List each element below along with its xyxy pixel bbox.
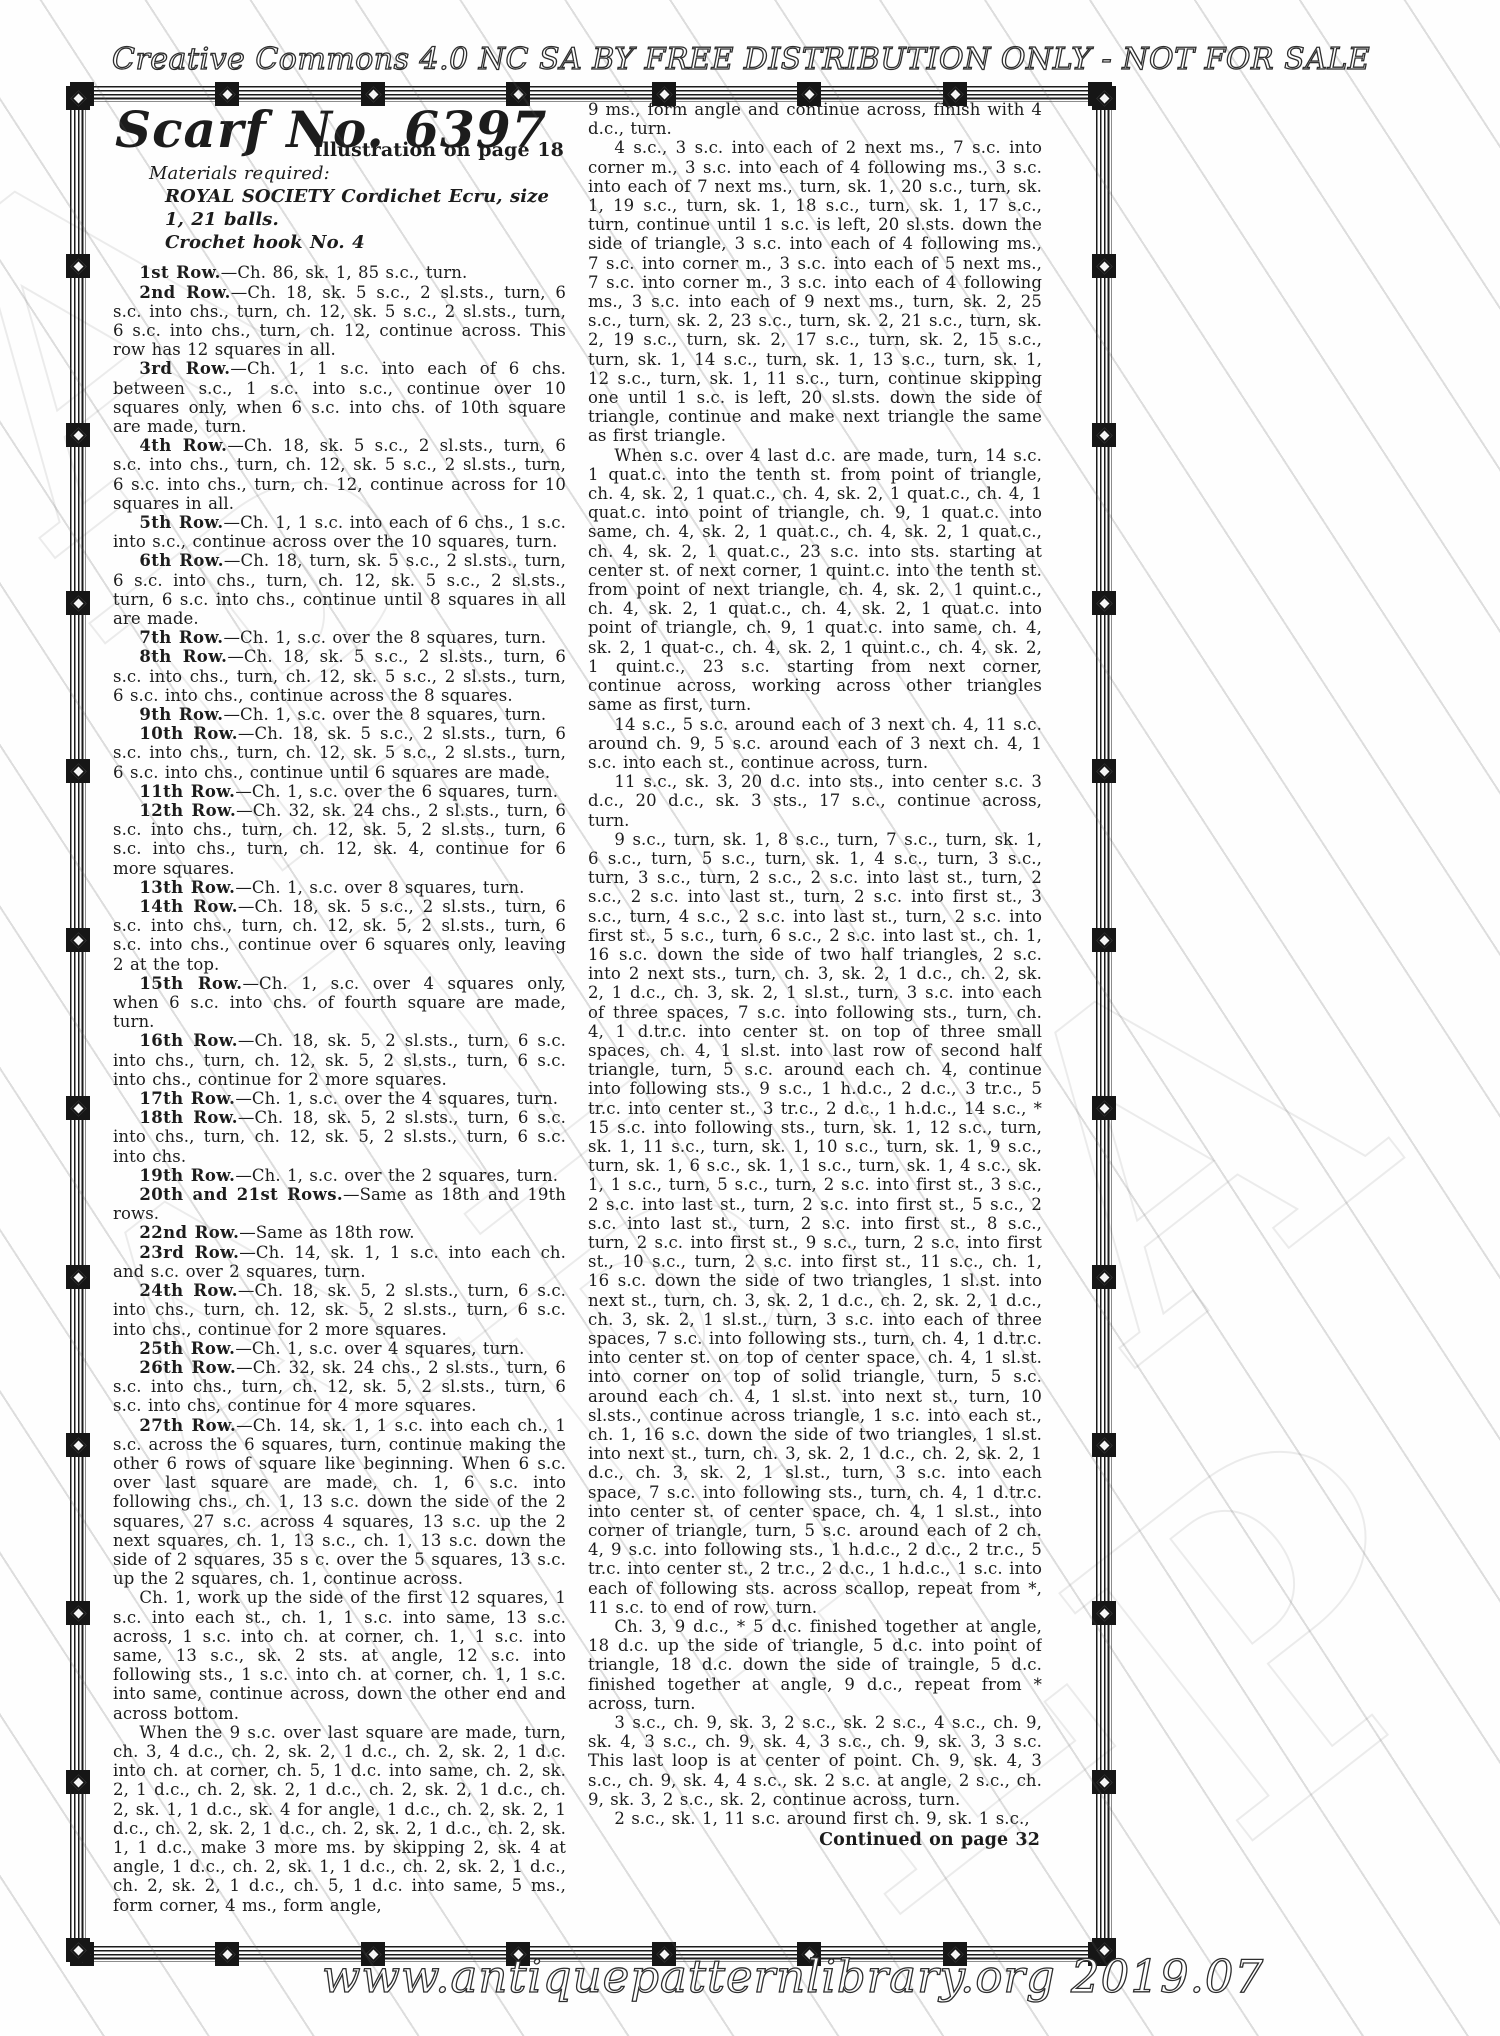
border-diamond-ornament [1092,423,1116,447]
pattern-row-label: 25th Row. [139,1339,235,1358]
border-diamond-ornament [1092,1096,1116,1120]
border-diamond-ornament [66,1938,90,1962]
border-right [1096,86,1112,1962]
pattern-row-label: 15th Row. [139,974,242,993]
border-diamond-ornament [1092,86,1116,110]
pattern-row-label: 19th Row. [139,1166,235,1185]
pattern-row-label: 10th Row. [139,724,237,743]
body-paragraph: Ch. 3, 9 d.c., * 5 d.c. finished togethe… [588,1617,1042,1713]
pattern-row-paragraph: 26th Row.—Ch. 32, sk. 24 chs., 2 sl.sts.… [113,1358,566,1416]
pattern-row-paragraph: 14th Row.—Ch. 18, sk. 5 s.c., 2 sl.sts.,… [113,897,566,974]
border-diamond-ornament [1092,759,1116,783]
watermark-top-text: Creative Commons 4.0 NC SA BY FREE DISTR… [112,42,1370,77]
pattern-row-paragraph: 5th Row.—Ch. 1, 1 s.c. into each of 6 ch… [113,513,566,551]
pattern-row-paragraph: 11th Row.—Ch. 1, s.c. over the 6 squares… [113,782,566,801]
border-diamond-ornament [1092,254,1116,278]
border-diamond-ornament [66,1770,90,1794]
pattern-row-paragraph: 9th Row.—Ch. 1, s.c. over the 8 squares,… [113,705,566,724]
border-diamond-ornament [1092,1433,1116,1457]
pattern-row-label: 12th Row. [139,801,236,820]
pattern-row-label: 22nd Row. [139,1223,239,1242]
border-left [70,86,86,1962]
pattern-row-paragraph: 7th Row.—Ch. 1, s.c. over the 8 squares,… [113,628,566,647]
pattern-row-paragraph: 22nd Row.—Same as 18th row. [113,1223,566,1242]
border-diamond-ornament [66,86,90,110]
pattern-row-paragraph: 2nd Row.—Ch. 18, sk. 5 s.c., 2 sl.sts., … [113,283,566,360]
border-diamond-ornament [1092,928,1116,952]
pattern-row-paragraph: 3rd Row.—Ch. 1, 1 s.c. into each of 6 ch… [113,359,566,436]
pattern-row-label: 8th Row. [139,647,227,666]
pattern-row-label: 27th Row. [139,1416,236,1435]
pattern-row-label: 9th Row. [139,705,223,724]
pattern-row-label: 23rd Row. [139,1243,239,1262]
border-diamond-ornament [1092,1265,1116,1289]
materials-block: Materials required: ROYAL SOCIETY Cordic… [113,162,566,254]
pattern-row-paragraph: 10th Row.—Ch. 18, sk. 5 s.c., 2 sl.sts.,… [113,724,566,782]
pattern-row-paragraph: 27th Row.—Ch. 14, sk. 1, 1 s.c. into eac… [113,1416,566,1589]
body-paragraph: 9 ms., form angle and continue across, f… [588,100,1042,138]
pattern-row-paragraph: 16th Row.—Ch. 18, sk. 5, 2 sl.sts., turn… [113,1031,566,1089]
pattern-row-paragraph: 19th Row.—Ch. 1, s.c. over the 2 squares… [113,1166,566,1185]
pattern-row-paragraph: 12th Row.—Ch. 32, sk. 24 chs., 2 sl.sts.… [113,801,566,878]
border-diamond-ornament [1092,591,1116,615]
body-paragraph: 11 s.c., sk. 3, 20 d.c. into sts., into … [588,772,1042,830]
left-column: Scarf No. 6397 Illustration on page 18 M… [113,98,566,1954]
pattern-row-paragraph: 4th Row.—Ch. 18, sk. 5 s.c., 2 sl.sts., … [113,436,566,513]
pattern-row-paragraph: 15th Row.—Ch. 1, s.c. over 4 squares onl… [113,974,566,1032]
watermark-letter: P [1012,1366,1500,1904]
border-diamond-ornament [1092,1770,1116,1794]
pattern-row-label: 11th Row. [139,782,235,801]
right-column-flow: 9 ms., form angle and continue across, f… [588,100,1042,1828]
pattern-row-label: 5th Row. [139,513,223,532]
pattern-row-label: 3rd Row. [139,359,230,378]
left-column-flow: 1st Row.—Ch. 86, sk. 1, 85 s.c., turn.2n… [113,263,566,1914]
pattern-row-paragraph: 20th and 21st Rows.—Same as 18th and 19t… [113,1185,566,1223]
border-diamond-ornament [66,1433,90,1457]
pattern-row-label: 14th Row. [139,897,237,916]
body-paragraph: Ch. 1, work up the side of the first 12 … [113,1588,566,1722]
pattern-row-label: 2nd Row. [139,283,230,302]
pattern-row-label: 6th Row. [139,551,223,570]
pattern-row-paragraph: 8th Row.—Ch. 18, sk. 5 s.c., 2 sl.sts., … [113,647,566,705]
pattern-row-paragraph: 1st Row.—Ch. 86, sk. 1, 85 s.c., turn. [113,263,566,282]
pattern-row-paragraph: 24th Row.—Ch. 18, sk. 5, 2 sl.sts., turn… [113,1281,566,1339]
border-diamond-ornament [66,423,90,447]
border-diamond-ornament [66,254,90,278]
pattern-row-paragraph: 18th Row.—Ch. 18, sk. 5, 2 sl.sts., turn… [113,1108,566,1166]
watermark-bottom-text: www.antiquepatternlibrary.org 2019.07 [322,1950,1264,2003]
materials-line-yarn: ROYAL SOCIETY Cordichet Ecru, size 1, 21… [165,185,566,231]
pattern-row-label: 16th Row. [139,1031,237,1050]
body-paragraph: 9 s.c., turn, sk. 1, 8 s.c., turn, 7 s.c… [588,830,1042,1617]
border-diamond-ornament [66,928,90,952]
body-paragraph: 4 s.c., 3 s.c. into each of 2 next ms., … [588,138,1042,445]
continued-note: Continued on page 32 [588,1831,1042,1850]
page-content: Scarf No. 6397 Illustration on page 18 M… [113,98,1042,1954]
pattern-row-label: 18th Row. [139,1108,237,1127]
pattern-row-label: 1st Row. [139,263,220,282]
pattern-row-label: 24th Row. [139,1281,237,1300]
border-diamond-ornament [66,759,90,783]
pattern-row-paragraph: 13th Row.—Ch. 1, s.c. over 8 squares, tu… [113,878,566,897]
body-paragraph: 3 s.c., ch. 9, sk. 3, 2 s.c., sk. 2 s.c.… [588,1713,1042,1809]
pattern-row-label: 4th Row. [139,436,227,455]
pattern-row-paragraph: 25th Row.—Ch. 1, s.c. over 4 squares, tu… [113,1339,566,1358]
body-paragraph: 14 s.c., 5 s.c. around each of 3 next ch… [588,715,1042,773]
pattern-row-label: 20th and 21st Rows. [139,1185,343,1204]
pattern-row-paragraph: 17th Row.—Ch. 1, s.c. over the 4 squares… [113,1089,566,1108]
pattern-row-paragraph: 6th Row.—Ch. 18, turn, sk. 5 s.c., 2 sl.… [113,551,566,628]
border-diamond-ornament [1092,1601,1116,1625]
right-column: 9 ms., form angle and continue across, f… [588,98,1042,1954]
border-diamond-ornament [66,1601,90,1625]
body-paragraph: 2 s.c., sk. 1, 11 s.c. around first ch. … [588,1809,1042,1828]
pattern-row-label: 7th Row. [139,628,223,647]
materials-label: Materials required: [149,162,566,185]
body-paragraph: When the 9 s.c. over last square are mad… [113,1723,566,1915]
pattern-row-label: 26th Row. [139,1358,236,1377]
body-paragraph: When s.c. over 4 last d.c. are made, tur… [588,446,1042,715]
border-diamond-ornament [66,1096,90,1120]
pattern-row-label: 17th Row. [139,1089,235,1108]
pattern-row-label: 13th Row. [139,878,235,897]
border-diamond-ornament [66,591,90,615]
border-diamond-ornament [66,1265,90,1289]
materials-line-hook: Crochet hook No. 4 [165,231,566,254]
pattern-row-paragraph: 23rd Row.—Ch. 14, sk. 1, 1 s.c. into eac… [113,1243,566,1281]
